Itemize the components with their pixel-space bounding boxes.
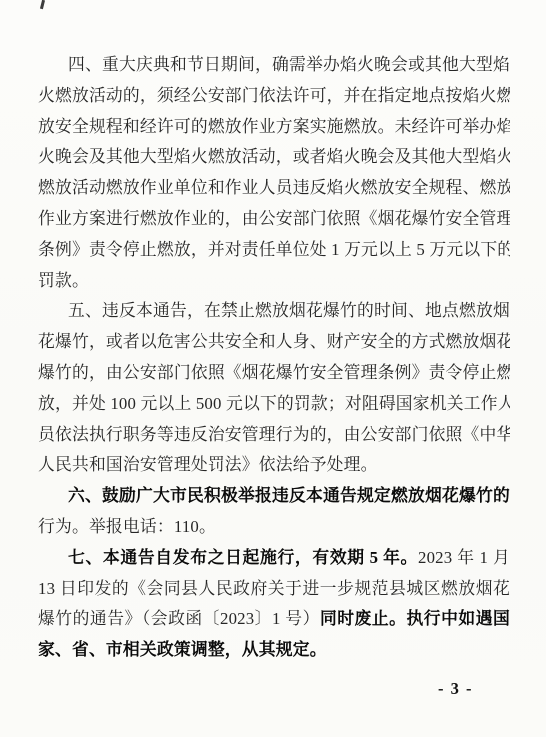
notice-line: 爆竹的，由公安部门依照《烟花爆竹安全管理条例》责令停止燃 xyxy=(38,358,510,389)
notice-paragraph-4: 四、重大庆典和节日期间，确需举办焰火晚会或其他大型焰 火燃放活动的，须经公安部门… xyxy=(38,50,510,296)
notice-line: 花爆竹，或者以危害公共安全和人身、财产安全的方式燃放烟花 xyxy=(38,327,510,358)
notice-text-regular: 爆竹的通告》（会政函〔2023〕1 号） xyxy=(38,609,320,628)
notice-text-bold: 七、本通告自发布之日起施行，有效期 5 年。 xyxy=(68,548,418,567)
notice-line: 放，并处 100 元以上 500 元以下的罚款；对阻碍国家机关工作人 xyxy=(38,389,510,420)
notice-line: 七、本通告自发布之日起施行，有效期 5 年。2023 年 1 月 xyxy=(38,543,510,574)
notice-line: 火燃放活动的，须经公安部门依法许可，并在指定地点按焰火燃 xyxy=(38,81,510,112)
notice-text-bold: 同时废止。执行中如遇国 xyxy=(320,609,510,628)
notice-line: 六、鼓励广大市民积极举报违反本通告规定燃放烟花爆竹的 xyxy=(38,481,510,512)
notice-line: 火晚会及其他大型焰火燃放活动，或者焰火晚会及其他大型焰火 xyxy=(38,142,510,173)
notice-line: 五、违反本通告，在禁止燃放烟花爆竹的时间、地点燃放烟 xyxy=(38,296,510,327)
notice-text-bold: 家、省、市相关政策调整，从其规定。 xyxy=(38,640,327,659)
notice-line: 行为。举报电话：110。 xyxy=(38,512,510,543)
notice-line: 13 日印发的《会同县人民政府关于进一步规范县城区燃放烟花 xyxy=(38,574,510,605)
notice-paragraph-5: 五、违反本通告，在禁止燃放烟花爆竹的时间、地点燃放烟 花爆竹，或者以危害公共安全… xyxy=(38,296,510,481)
notice-line: 爆竹的通告》（会政函〔2023〕1 号）同时废止。执行中如遇国 xyxy=(38,604,510,635)
scanned-notice-page: 四、重大庆典和节日期间，确需举办焰火晚会或其他大型焰 火燃放活动的，须经公安部门… xyxy=(0,0,546,737)
notice-paragraph-7: 七、本通告自发布之日起施行，有效期 5 年。2023 年 1 月 13 日印发的… xyxy=(38,543,510,666)
notice-line: 条例》责令停止燃放，并对责任单位处 1 万元以上 5 万元以下的 xyxy=(38,235,510,266)
notice-line: 放安全规程和经许可的燃放作业方案实施燃放。未经许可举办焰 xyxy=(38,112,510,143)
notice-line: 家、省、市相关政策调整，从其规定。 xyxy=(38,635,510,666)
notice-line: 燃放活动燃放作业单位和作业人员违反焰火燃放安全规程、燃放 xyxy=(38,173,510,204)
scan-artifact-mark xyxy=(40,0,45,9)
notice-paragraph-6: 六、鼓励广大市民积极举报违反本通告规定燃放烟花爆竹的 行为。举报电话：110。 xyxy=(38,481,510,543)
notice-line: 四、重大庆典和节日期间，确需举办焰火晚会或其他大型焰 xyxy=(38,50,510,81)
notice-text-bold: 六、鼓励广大市民积极举报违反本通告规定燃放烟花爆竹的 xyxy=(68,486,510,505)
notice-line: 作业方案进行燃放作业的，由公安部门依照《烟花爆竹安全管理 xyxy=(38,204,510,235)
notice-line: 员依法执行职务等违反治安管理行为的，由公安部门依照《中华 xyxy=(38,420,510,451)
notice-text-regular: 2023 年 1 月 xyxy=(418,548,510,567)
notice-line: 罚款。 xyxy=(38,266,510,297)
notice-line: 人民共和国治安管理处罚法》依法给予处理。 xyxy=(38,450,510,481)
page-number: - 3 - xyxy=(438,678,473,700)
notice-body: 四、重大庆典和节日期间，确需举办焰火晚会或其他大型焰 火燃放活动的，须经公安部门… xyxy=(38,50,510,666)
